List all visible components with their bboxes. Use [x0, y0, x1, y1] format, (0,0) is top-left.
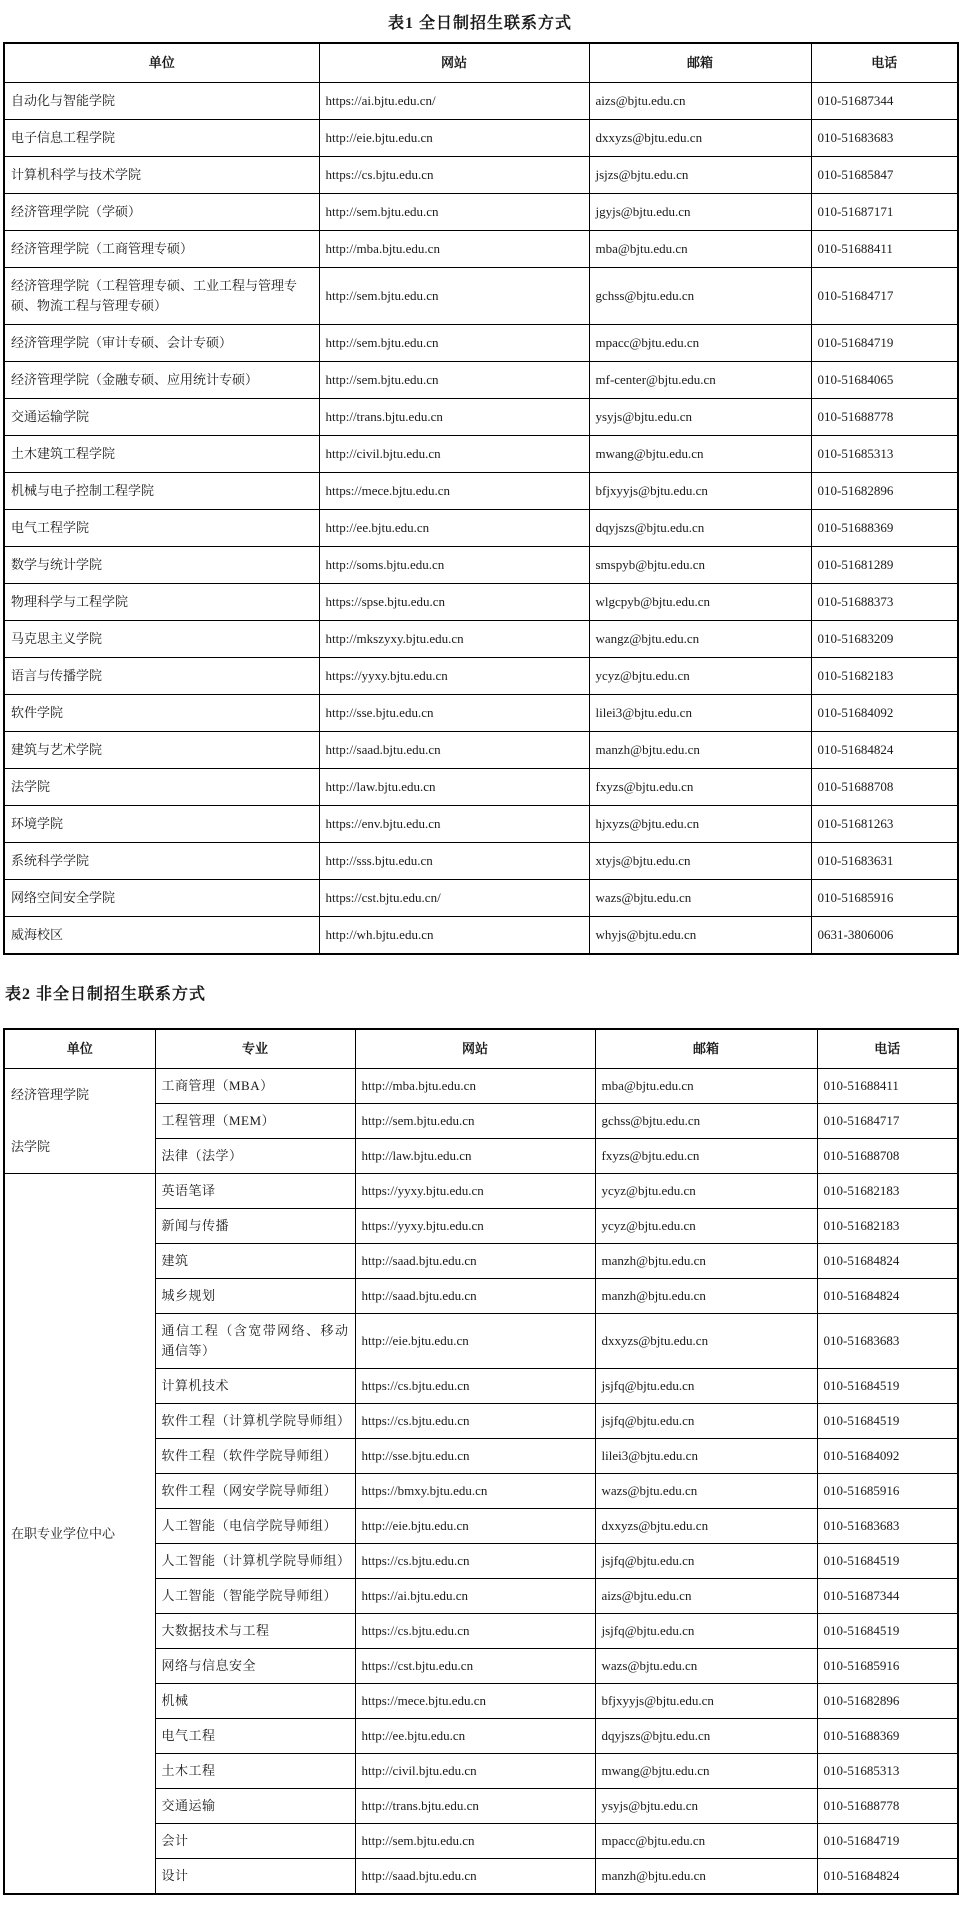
website-cell: http://sem.bjtu.edu.cn	[319, 325, 589, 362]
phone-cell: 010-51684824	[811, 732, 958, 769]
email-cell: jsjfq@bjtu.edu.cn	[595, 1544, 817, 1579]
email-cell: gchss@bjtu.edu.cn	[595, 1104, 817, 1139]
phone-cell: 010-51684092	[817, 1439, 958, 1474]
website-cell: http://trans.bjtu.edu.cn	[319, 399, 589, 436]
table2-row: 在职专业学位中心英语笔译https://yyxy.bjtu.edu.cnycyz…	[4, 1174, 958, 1209]
email-cell: ycyz@bjtu.edu.cn	[595, 1209, 817, 1244]
phone-cell: 010-51682183	[817, 1174, 958, 1209]
unit-cell: 计算机科学与技术学院	[4, 157, 319, 194]
website-cell: http://saad.bjtu.edu.cn	[355, 1859, 595, 1895]
major-cell: 软件工程（网安学院导师组）	[155, 1474, 355, 1509]
email-cell: lilei3@bjtu.edu.cn	[595, 1439, 817, 1474]
email-cell: bfjxyyjs@bjtu.edu.cn	[595, 1684, 817, 1719]
email-cell: jsjfq@bjtu.edu.cn	[595, 1369, 817, 1404]
email-cell: dxxyzs@bjtu.edu.cn	[595, 1314, 817, 1369]
email-cell: mwang@bjtu.edu.cn	[589, 436, 811, 473]
table1-row: 威海校区http://wh.bjtu.edu.cnwhyjs@bjtu.edu.…	[4, 917, 958, 955]
phone-cell: 010-51682183	[817, 1209, 958, 1244]
website-cell: http://sse.bjtu.edu.cn	[355, 1439, 595, 1474]
email-cell: ysyjs@bjtu.edu.cn	[589, 399, 811, 436]
major-cell: 通信工程（含宽带网络、移动通信等）	[155, 1314, 355, 1369]
table1-row: 环境学院https://env.bjtu.edu.cnhjxyzs@bjtu.e…	[4, 806, 958, 843]
website-cell: http://mkszyxy.bjtu.edu.cn	[319, 621, 589, 658]
unit-label: 在职专业学位中心	[11, 1524, 149, 1544]
table1-row: 经济管理学院（金融专硕、应用统计专硕）http://sem.bjtu.edu.c…	[4, 362, 958, 399]
table1-row: 网络空间安全学院https://cst.bjtu.edu.cn/wazs@bjt…	[4, 880, 958, 917]
major-cell: 软件工程（软件学院导师组）	[155, 1439, 355, 1474]
major-cell: 建筑	[155, 1244, 355, 1279]
major-cell: 软件工程（计算机学院导师组）	[155, 1404, 355, 1439]
website-cell: http://eie.bjtu.edu.cn	[319, 120, 589, 157]
major-cell: 工程管理（MEM）	[155, 1104, 355, 1139]
website-cell: https://mece.bjtu.edu.cn	[355, 1684, 595, 1719]
email-cell: lilei3@bjtu.edu.cn	[589, 695, 811, 732]
email-cell: mpacc@bjtu.edu.cn	[595, 1824, 817, 1859]
phone-cell: 010-51684092	[811, 695, 958, 732]
website-cell: http://sss.bjtu.edu.cn	[319, 843, 589, 880]
table1-header-phone: 电话	[811, 43, 958, 83]
website-cell: http://ee.bjtu.edu.cn	[355, 1719, 595, 1754]
unit-label: 法学院	[11, 1137, 149, 1157]
website-cell: http://sem.bjtu.edu.cn	[319, 362, 589, 399]
major-cell: 网络与信息安全	[155, 1649, 355, 1684]
table2-header-major: 专业	[155, 1029, 355, 1069]
major-cell: 法律（法学）	[155, 1139, 355, 1174]
email-cell: aizs@bjtu.edu.cn	[589, 83, 811, 120]
website-cell: http://eie.bjtu.edu.cn	[355, 1509, 595, 1544]
email-cell: dxxyzs@bjtu.edu.cn	[595, 1509, 817, 1544]
phone-cell: 010-51688411	[811, 231, 958, 268]
table1-row: 语言与传播学院https://yyxy.bjtu.edu.cnycyz@bjtu…	[4, 658, 958, 695]
phone-cell: 010-51684824	[817, 1279, 958, 1314]
phone-cell: 010-51687344	[817, 1579, 958, 1614]
email-cell: wazs@bjtu.edu.cn	[595, 1474, 817, 1509]
table1-row: 电气工程学院http://ee.bjtu.edu.cndqyjszs@bjtu.…	[4, 510, 958, 547]
website-cell: https://cst.bjtu.edu.cn	[355, 1649, 595, 1684]
website-cell: http://sem.bjtu.edu.cn	[319, 194, 589, 231]
phone-cell: 010-51683631	[811, 843, 958, 880]
website-cell: http://sse.bjtu.edu.cn	[319, 695, 589, 732]
phone-cell: 010-51684719	[817, 1824, 958, 1859]
phone-cell: 010-51684824	[817, 1859, 958, 1895]
website-cell: http://saad.bjtu.edu.cn	[355, 1279, 595, 1314]
table1-header-unit: 单位	[4, 43, 319, 83]
email-cell: ycyz@bjtu.edu.cn	[589, 658, 811, 695]
website-cell: http://mba.bjtu.edu.cn	[355, 1069, 595, 1104]
website-cell: http://sem.bjtu.edu.cn	[355, 1104, 595, 1139]
table1-header-row: 单位 网站 邮箱 电话	[4, 43, 958, 83]
table1-row: 经济管理学院（学硕）http://sem.bjtu.edu.cnjgyjs@bj…	[4, 194, 958, 231]
unit-cell: 马克思主义学院	[4, 621, 319, 658]
phone-cell: 010-51683683	[811, 120, 958, 157]
phone-cell: 010-51688778	[811, 399, 958, 436]
phone-cell: 010-51688778	[817, 1789, 958, 1824]
table1-row: 法学院http://law.bjtu.edu.cnfxyzs@bjtu.edu.…	[4, 769, 958, 806]
phone-cell: 010-51687344	[811, 83, 958, 120]
email-cell: wlgcpyb@bjtu.edu.cn	[589, 584, 811, 621]
table1-header-website: 网站	[319, 43, 589, 83]
table2-header-row: 单位 专业 网站 邮箱 电话	[4, 1029, 958, 1069]
website-cell: https://mece.bjtu.edu.cn	[319, 473, 589, 510]
unit-cell: 经济管理学院（审计专硕、会计专硕）	[4, 325, 319, 362]
phone-cell: 010-51688708	[817, 1139, 958, 1174]
website-cell: https://cs.bjtu.edu.cn	[355, 1614, 595, 1649]
email-cell: fxyzs@bjtu.edu.cn	[589, 769, 811, 806]
unit-cell: 经济管理学院（工商管理专硕）	[4, 231, 319, 268]
unit-group-cell: 经济管理学院法学院	[4, 1069, 155, 1174]
table1-row: 系统科学学院http://sss.bjtu.edu.cnxtyjs@bjtu.e…	[4, 843, 958, 880]
unit-group-cell: 在职专业学位中心	[4, 1174, 155, 1895]
phone-cell: 010-51682896	[817, 1684, 958, 1719]
phone-cell: 010-51688708	[811, 769, 958, 806]
phone-cell: 010-51681289	[811, 547, 958, 584]
table2-header-phone: 电话	[817, 1029, 958, 1069]
email-cell: wazs@bjtu.edu.cn	[589, 880, 811, 917]
email-cell: jsjfq@bjtu.edu.cn	[595, 1404, 817, 1439]
website-cell: http://trans.bjtu.edu.cn	[355, 1789, 595, 1824]
major-cell: 新闻与传播	[155, 1209, 355, 1244]
table1-row: 电子信息工程学院http://eie.bjtu.edu.cndxxyzs@bjt…	[4, 120, 958, 157]
parttime-contacts-table: 单位 专业 网站 邮箱 电话 经济管理学院法学院工商管理（MBA）http://…	[3, 1028, 959, 1895]
phone-cell: 010-51684065	[811, 362, 958, 399]
table1-header-email: 邮箱	[589, 43, 811, 83]
unit-cell: 电气工程学院	[4, 510, 319, 547]
table1-row: 经济管理学院（工程管理专硕、工业工程与管理专硕、物流工程与管理专硕）http:/…	[4, 268, 958, 325]
website-cell: https://yyxy.bjtu.edu.cn	[355, 1174, 595, 1209]
phone-cell: 010-51683209	[811, 621, 958, 658]
website-cell: https://ai.bjtu.edu.cn	[355, 1579, 595, 1614]
email-cell: ycyz@bjtu.edu.cn	[595, 1174, 817, 1209]
table1-row: 土木建筑工程学院http://civil.bjtu.edu.cnmwang@bj…	[4, 436, 958, 473]
website-cell: https://spse.bjtu.edu.cn	[319, 584, 589, 621]
table2-body: 经济管理学院法学院工商管理（MBA）http://mba.bjtu.edu.cn…	[4, 1069, 958, 1895]
email-cell: manzh@bjtu.edu.cn	[595, 1244, 817, 1279]
table1-row: 自动化与智能学院https://ai.bjtu.edu.cn/aizs@bjtu…	[4, 83, 958, 120]
unit-label: 经济管理学院	[11, 1085, 149, 1105]
email-cell: aizs@bjtu.edu.cn	[595, 1579, 817, 1614]
unit-cell: 物理科学与工程学院	[4, 584, 319, 621]
phone-cell: 010-51688369	[817, 1719, 958, 1754]
unit-cell: 网络空间安全学院	[4, 880, 319, 917]
website-cell: https://cs.bjtu.edu.cn	[355, 1404, 595, 1439]
email-cell: ysyjs@bjtu.edu.cn	[595, 1789, 817, 1824]
major-cell: 土木工程	[155, 1754, 355, 1789]
unit-cell: 系统科学学院	[4, 843, 319, 880]
email-cell: mf-center@bjtu.edu.cn	[589, 362, 811, 399]
phone-cell: 010-51683683	[817, 1509, 958, 1544]
unit-cell: 威海校区	[4, 917, 319, 955]
table1-row: 经济管理学院（工商管理专硕）http://mba.bjtu.edu.cnmba@…	[4, 231, 958, 268]
email-cell: jsjfq@bjtu.edu.cn	[595, 1614, 817, 1649]
website-cell: https://ai.bjtu.edu.cn/	[319, 83, 589, 120]
unit-cell: 电子信息工程学院	[4, 120, 319, 157]
phone-cell: 010-51685916	[817, 1649, 958, 1684]
phone-cell: 010-51684717	[817, 1104, 958, 1139]
website-cell: http://law.bjtu.edu.cn	[355, 1139, 595, 1174]
website-cell: http://sem.bjtu.edu.cn	[319, 268, 589, 325]
table1-row: 数学与统计学院http://soms.bjtu.edu.cnsmspyb@bjt…	[4, 547, 958, 584]
phone-cell: 010-51684824	[817, 1244, 958, 1279]
phone-cell: 010-51685847	[811, 157, 958, 194]
table2-row: 经济管理学院法学院工商管理（MBA）http://mba.bjtu.edu.cn…	[4, 1069, 958, 1104]
document-body: 表1 全日制招生联系方式 单位 网站 邮箱 电话 自动化与智能学院https:/…	[0, 10, 960, 1895]
email-cell: mba@bjtu.edu.cn	[589, 231, 811, 268]
phone-cell: 010-51688369	[811, 510, 958, 547]
email-cell: fxyzs@bjtu.edu.cn	[595, 1139, 817, 1174]
table1-row: 建筑与艺术学院http://saad.bjtu.edu.cnmanzh@bjtu…	[4, 732, 958, 769]
email-cell: dqyjszs@bjtu.edu.cn	[589, 510, 811, 547]
table2-title: 表2 非全日制招生联系方式	[5, 981, 957, 1004]
table1-row: 马克思主义学院http://mkszyxy.bjtu.edu.cnwangz@b…	[4, 621, 958, 658]
phone-cell: 010-51681263	[811, 806, 958, 843]
email-cell: jgyjs@bjtu.edu.cn	[589, 194, 811, 231]
major-cell: 工商管理（MBA）	[155, 1069, 355, 1104]
phone-cell: 0631-3806006	[811, 917, 958, 955]
website-cell: http://sem.bjtu.edu.cn	[355, 1824, 595, 1859]
phone-cell: 010-51684519	[817, 1614, 958, 1649]
major-cell: 人工智能（智能学院导师组）	[155, 1579, 355, 1614]
table1-title: 表1 全日制招生联系方式	[3, 10, 957, 33]
phone-cell: 010-51685916	[811, 880, 958, 917]
unit-cell: 土木建筑工程学院	[4, 436, 319, 473]
website-cell: http://mba.bjtu.edu.cn	[319, 231, 589, 268]
email-cell: gchss@bjtu.edu.cn	[589, 268, 811, 325]
major-cell: 城乡规划	[155, 1279, 355, 1314]
table1-row: 物理科学与工程学院https://spse.bjtu.edu.cnwlgcpyb…	[4, 584, 958, 621]
phone-cell: 010-51684519	[817, 1544, 958, 1579]
phone-cell: 010-51688411	[817, 1069, 958, 1104]
major-cell: 会计	[155, 1824, 355, 1859]
website-cell: https://cst.bjtu.edu.cn/	[319, 880, 589, 917]
unit-cell: 软件学院	[4, 695, 319, 732]
website-cell: http://eie.bjtu.edu.cn	[355, 1314, 595, 1369]
major-cell: 大数据技术与工程	[155, 1614, 355, 1649]
website-cell: http://civil.bjtu.edu.cn	[355, 1754, 595, 1789]
phone-cell: 010-51685916	[817, 1474, 958, 1509]
unit-cell: 机械与电子控制工程学院	[4, 473, 319, 510]
website-cell: https://yyxy.bjtu.edu.cn	[319, 658, 589, 695]
major-cell: 交通运输	[155, 1789, 355, 1824]
major-cell: 机械	[155, 1684, 355, 1719]
website-cell: https://cs.bjtu.edu.cn	[355, 1369, 595, 1404]
website-cell: http://civil.bjtu.edu.cn	[319, 436, 589, 473]
email-cell: mba@bjtu.edu.cn	[595, 1069, 817, 1104]
phone-cell: 010-51684519	[817, 1369, 958, 1404]
website-cell: http://soms.bjtu.edu.cn	[319, 547, 589, 584]
email-cell: manzh@bjtu.edu.cn	[589, 732, 811, 769]
website-cell: http://law.bjtu.edu.cn	[319, 769, 589, 806]
unit-cell: 语言与传播学院	[4, 658, 319, 695]
table1-row: 经济管理学院（审计专硕、会计专硕）http://sem.bjtu.edu.cnm…	[4, 325, 958, 362]
table1-row: 软件学院http://sse.bjtu.edu.cnlilei3@bjtu.ed…	[4, 695, 958, 732]
major-cell: 电气工程	[155, 1719, 355, 1754]
website-cell: http://wh.bjtu.edu.cn	[319, 917, 589, 955]
email-cell: bfjxyyjs@bjtu.edu.cn	[589, 473, 811, 510]
unit-cell: 自动化与智能学院	[4, 83, 319, 120]
email-cell: wangz@bjtu.edu.cn	[589, 621, 811, 658]
unit-cell: 环境学院	[4, 806, 319, 843]
website-cell: https://yyxy.bjtu.edu.cn	[355, 1209, 595, 1244]
table1-body: 自动化与智能学院https://ai.bjtu.edu.cn/aizs@bjtu…	[4, 83, 958, 955]
email-cell: mwang@bjtu.edu.cn	[595, 1754, 817, 1789]
email-cell: jsjzs@bjtu.edu.cn	[589, 157, 811, 194]
phone-cell: 010-51685313	[811, 436, 958, 473]
major-cell: 设计	[155, 1859, 355, 1895]
phone-cell: 010-51682896	[811, 473, 958, 510]
email-cell: wazs@bjtu.edu.cn	[595, 1649, 817, 1684]
email-cell: xtyjs@bjtu.edu.cn	[589, 843, 811, 880]
table2-header-website: 网站	[355, 1029, 595, 1069]
table2-header-email: 邮箱	[595, 1029, 817, 1069]
website-cell: http://saad.bjtu.edu.cn	[355, 1244, 595, 1279]
major-cell: 人工智能（电信学院导师组）	[155, 1509, 355, 1544]
email-cell: smspyb@bjtu.edu.cn	[589, 547, 811, 584]
phone-cell: 010-51685313	[817, 1754, 958, 1789]
website-cell: http://ee.bjtu.edu.cn	[319, 510, 589, 547]
fulltime-contacts-table: 单位 网站 邮箱 电话 自动化与智能学院https://ai.bjtu.edu.…	[3, 42, 959, 955]
email-cell: mpacc@bjtu.edu.cn	[589, 325, 811, 362]
unit-cell: 经济管理学院（金融专硕、应用统计专硕）	[4, 362, 319, 399]
email-cell: dqyjszs@bjtu.edu.cn	[595, 1719, 817, 1754]
table1-row: 计算机科学与技术学院https://cs.bjtu.edu.cnjsjzs@bj…	[4, 157, 958, 194]
unit-cell: 数学与统计学院	[4, 547, 319, 584]
website-cell: http://saad.bjtu.edu.cn	[319, 732, 589, 769]
major-cell: 人工智能（计算机学院导师组）	[155, 1544, 355, 1579]
phone-cell: 010-51687171	[811, 194, 958, 231]
email-cell: dxxyzs@bjtu.edu.cn	[589, 120, 811, 157]
unit-cell: 法学院	[4, 769, 319, 806]
unit-cell: 交通运输学院	[4, 399, 319, 436]
unit-cell: 经济管理学院（工程管理专硕、工业工程与管理专硕、物流工程与管理专硕）	[4, 268, 319, 325]
phone-cell: 010-51684519	[817, 1404, 958, 1439]
table1-row: 交通运输学院http://trans.bjtu.edu.cnysyjs@bjtu…	[4, 399, 958, 436]
unit-cell: 建筑与艺术学院	[4, 732, 319, 769]
phone-cell: 010-51683683	[817, 1314, 958, 1369]
major-cell: 英语笔译	[155, 1174, 355, 1209]
unit-cell: 经济管理学院（学硕）	[4, 194, 319, 231]
website-cell: https://bmxy.bjtu.edu.cn	[355, 1474, 595, 1509]
phone-cell: 010-51688373	[811, 584, 958, 621]
table2-header-unit: 单位	[4, 1029, 155, 1069]
phone-cell: 010-51682183	[811, 658, 958, 695]
table1-row: 机械与电子控制工程学院https://mece.bjtu.edu.cnbfjxy…	[4, 473, 958, 510]
website-cell: https://cs.bjtu.edu.cn	[319, 157, 589, 194]
major-cell: 计算机技术	[155, 1369, 355, 1404]
email-cell: manzh@bjtu.edu.cn	[595, 1279, 817, 1314]
email-cell: hjxyzs@bjtu.edu.cn	[589, 806, 811, 843]
email-cell: whyjs@bjtu.edu.cn	[589, 917, 811, 955]
email-cell: manzh@bjtu.edu.cn	[595, 1859, 817, 1895]
website-cell: https://cs.bjtu.edu.cn	[355, 1544, 595, 1579]
website-cell: https://env.bjtu.edu.cn	[319, 806, 589, 843]
phone-cell: 010-51684717	[811, 268, 958, 325]
phone-cell: 010-51684719	[811, 325, 958, 362]
